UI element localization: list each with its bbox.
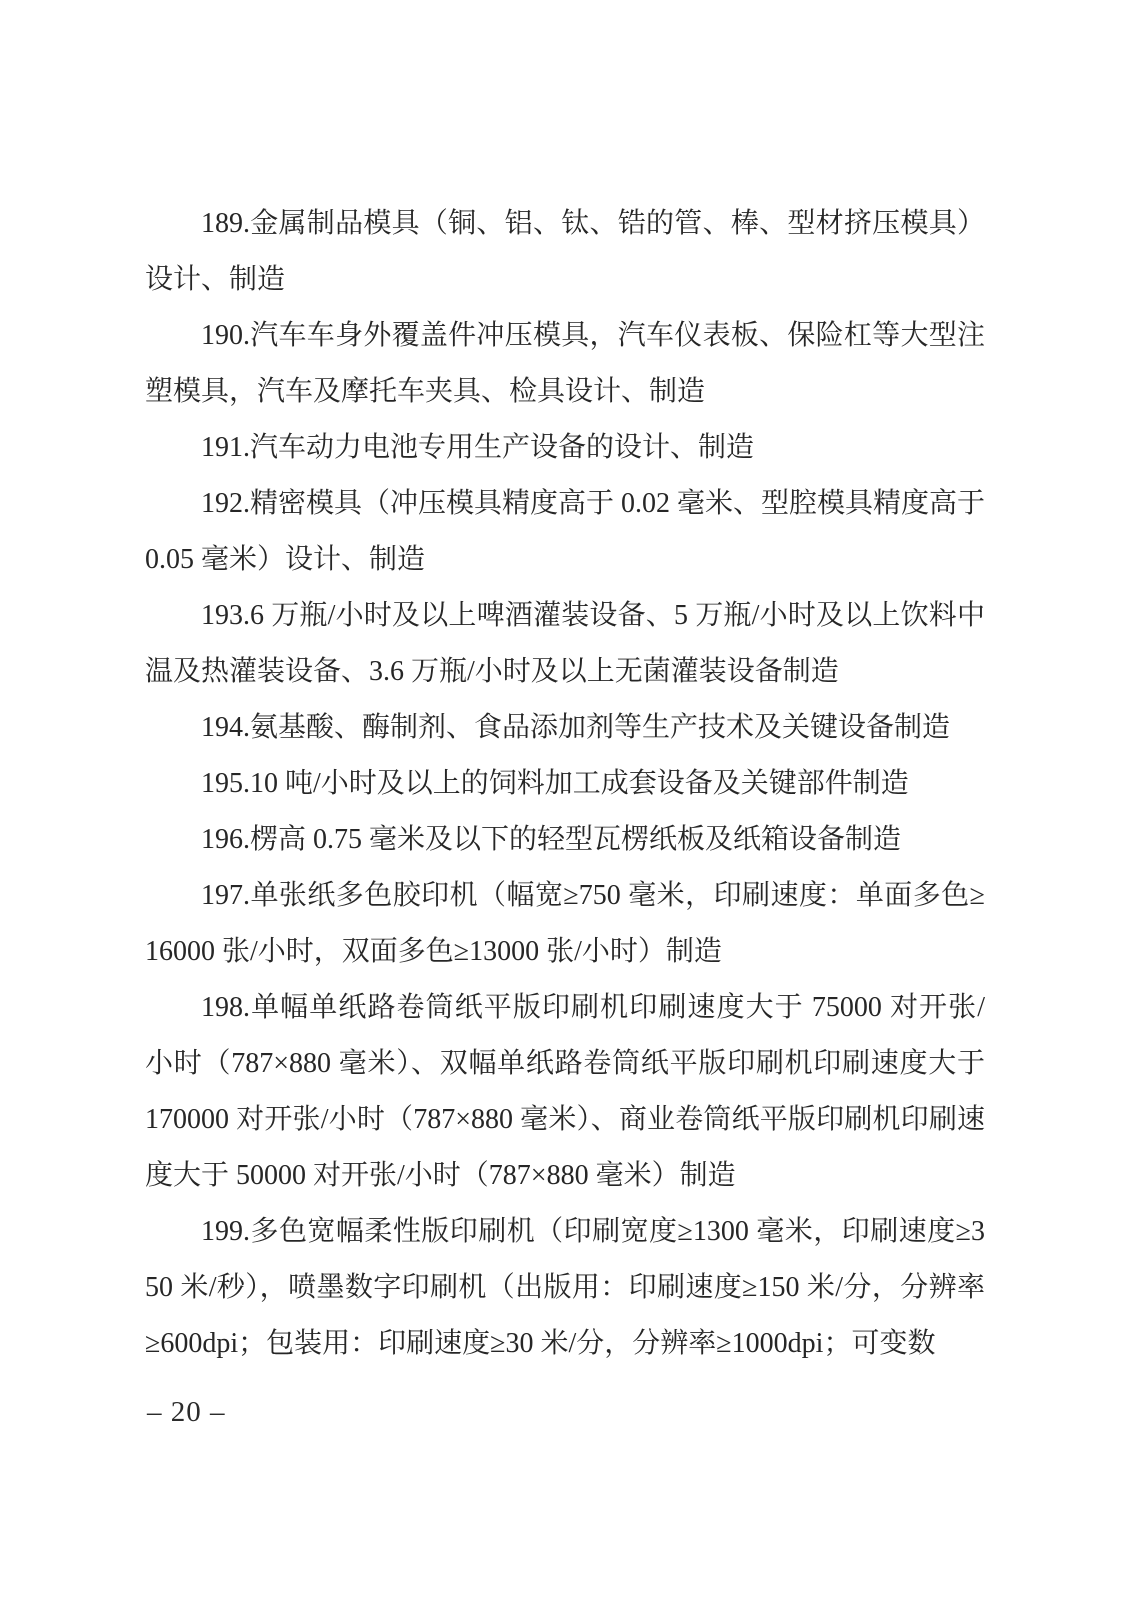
item-number: 193. bbox=[201, 600, 250, 631]
document-page: 189.金属制品模具（铜、铝、钛、锆的管、棒、型材挤压模具）设计、制造 190.… bbox=[0, 0, 1131, 1600]
list-item-193: 193.6 万瓶/小时及以上啤酒灌装设备、5 万瓶/小时及以上饮料中温及热灌装设… bbox=[145, 588, 985, 700]
list-item-191: 191.汽车动力电池专用生产设备的设计、制造 bbox=[145, 420, 985, 476]
item-number: 191. bbox=[201, 432, 250, 463]
item-number: 192. bbox=[201, 488, 250, 519]
item-text: 多色宽幅柔性版印刷机（印刷宽度≥1300 毫米，印刷速度≥350 米/秒），喷墨… bbox=[145, 1216, 985, 1359]
list-item-190: 190.汽车车身外覆盖件冲压模具，汽车仪表板、保险杠等大型注塑模具，汽车及摩托车… bbox=[145, 308, 985, 420]
item-text: 单张纸多色胶印机（幅宽≥750 毫米，印刷速度：单面多色≥16000 张/小时，… bbox=[145, 880, 985, 967]
page-number: – 20 – bbox=[147, 1396, 226, 1428]
item-number: 197. bbox=[201, 880, 250, 911]
item-number: 199. bbox=[201, 1216, 250, 1247]
list-item-198: 198.单幅单纸路卷筒纸平版印刷机印刷速度大于 75000 对开张/小时（787… bbox=[145, 980, 985, 1204]
item-text: 精密模具（冲压模具精度高于 0.02 毫米、型腔模具精度高于 0.05 毫米）设… bbox=[145, 488, 985, 575]
list-item-196: 196.楞高 0.75 毫米及以下的轻型瓦楞纸板及纸箱设备制造 bbox=[145, 812, 985, 868]
item-number: 195. bbox=[201, 768, 250, 799]
item-number: 196. bbox=[201, 824, 250, 855]
list-item-197: 197.单张纸多色胶印机（幅宽≥750 毫米，印刷速度：单面多色≥16000 张… bbox=[145, 868, 985, 980]
list-item-192: 192.精密模具（冲压模具精度高于 0.02 毫米、型腔模具精度高于 0.05 … bbox=[145, 476, 985, 588]
item-text: 汽车动力电池专用生产设备的设计、制造 bbox=[250, 432, 754, 463]
item-number: 189. bbox=[201, 208, 250, 239]
list-item-194: 194.氨基酸、酶制剂、食品添加剂等生产技术及关键设备制造 bbox=[145, 700, 985, 756]
item-text: 楞高 0.75 毫米及以下的轻型瓦楞纸板及纸箱设备制造 bbox=[250, 824, 901, 855]
item-text: 金属制品模具（铜、铝、钛、锆的管、棒、型材挤压模具）设计、制造 bbox=[145, 208, 985, 295]
item-text: 单幅单纸路卷筒纸平版印刷机印刷速度大于 75000 对开张/小时（787×880… bbox=[145, 992, 985, 1191]
item-number: 194. bbox=[201, 712, 250, 743]
page-footer: – 20 – bbox=[147, 1384, 226, 1440]
item-text: 汽车车身外覆盖件冲压模具，汽车仪表板、保险杠等大型注塑模具，汽车及摩托车夹具、检… bbox=[145, 320, 985, 407]
item-text: 6 万瓶/小时及以上啤酒灌装设备、5 万瓶/小时及以上饮料中温及热灌装设备、3.… bbox=[145, 600, 985, 687]
item-text: 氨基酸、酶制剂、食品添加剂等生产技术及关键设备制造 bbox=[250, 712, 950, 743]
list-item-199: 199.多色宽幅柔性版印刷机（印刷宽度≥1300 毫米，印刷速度≥350 米/秒… bbox=[145, 1204, 985, 1372]
item-text: 10 吨/小时及以上的饲料加工成套设备及关键部件制造 bbox=[250, 768, 909, 799]
document-body: 189.金属制品模具（铜、铝、钛、锆的管、棒、型材挤压模具）设计、制造 190.… bbox=[145, 196, 985, 1372]
item-number: 198. bbox=[201, 992, 250, 1023]
list-item-189: 189.金属制品模具（铜、铝、钛、锆的管、棒、型材挤压模具）设计、制造 bbox=[145, 196, 985, 308]
item-number: 190. bbox=[201, 320, 250, 351]
list-item-195: 195.10 吨/小时及以上的饲料加工成套设备及关键部件制造 bbox=[145, 756, 985, 812]
